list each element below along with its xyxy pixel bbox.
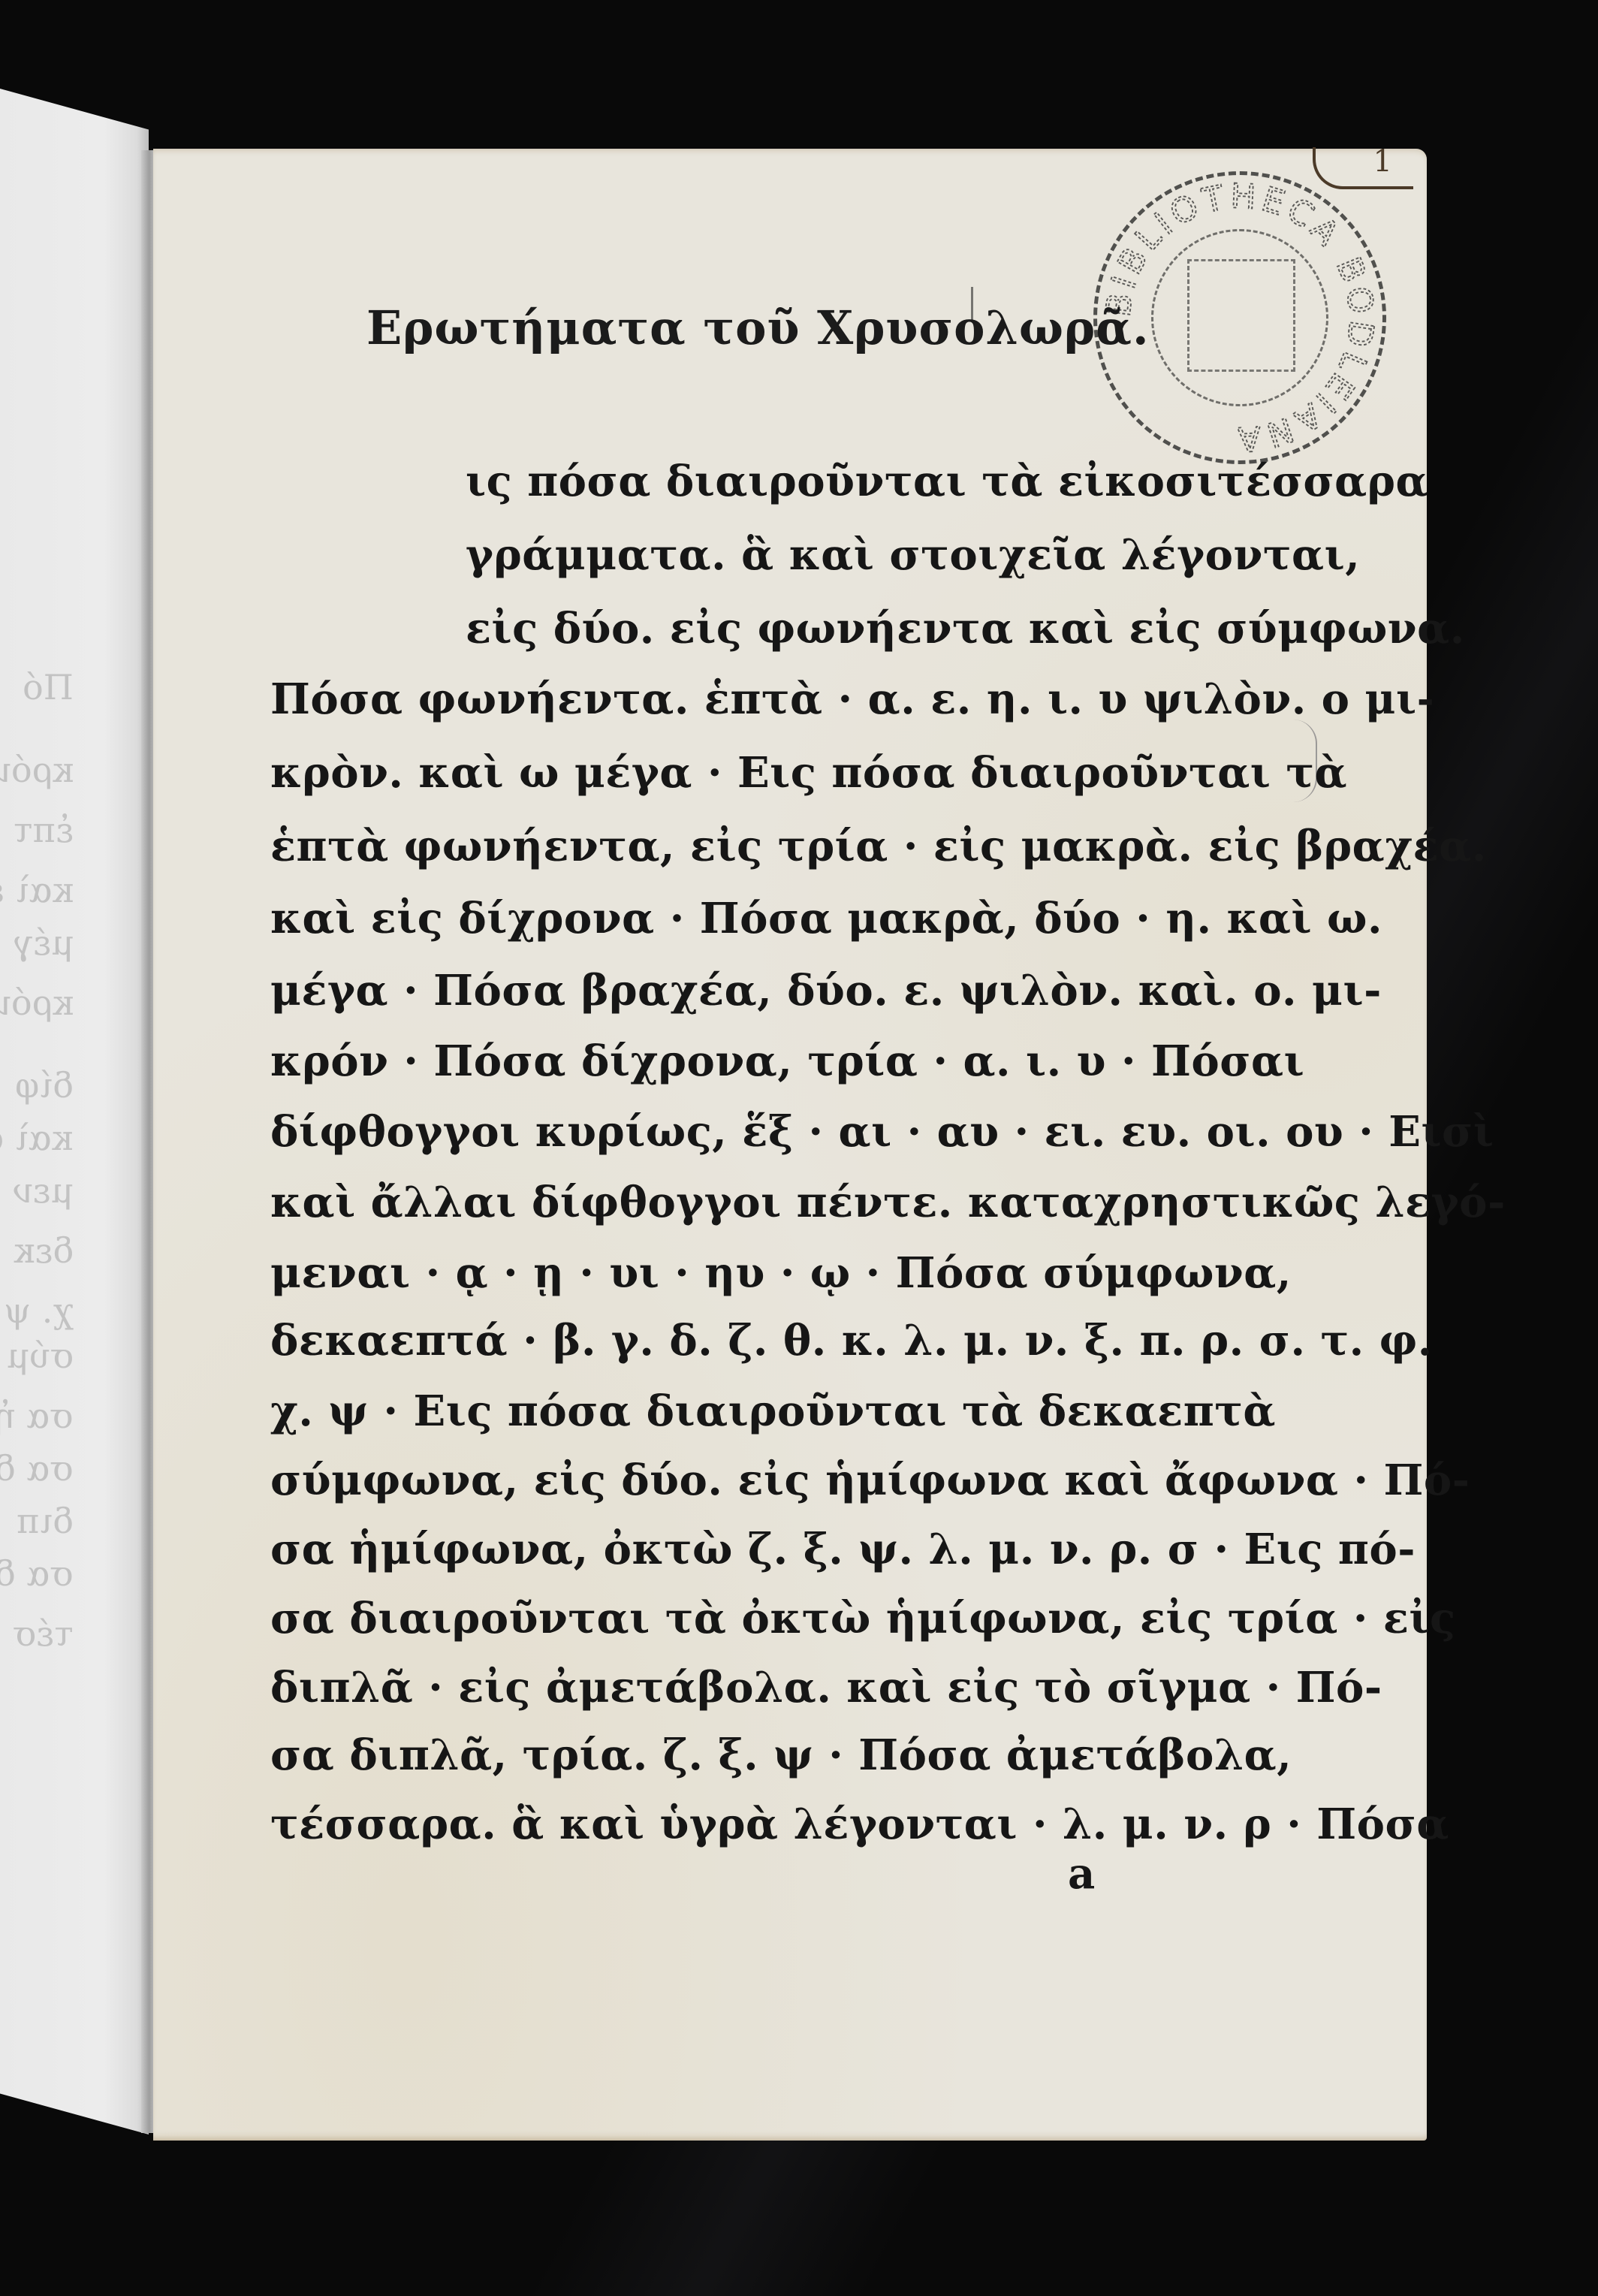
show-through-line: κρόν xyxy=(0,750,74,790)
text-line: κρὸν. καὶ ω μέγα · Εις πόσα διαιροῦνται … xyxy=(270,748,1347,798)
show-through-line: καὶ ε xyxy=(0,870,74,910)
text-line: διπλᾶ · εἰς ἀμετάβολα. καὶ εἰς τὸ σῖγμα … xyxy=(270,1663,1382,1712)
text-line: δίφθογγοι κυρίως, ἕξ · αι · αυ · ει. ευ.… xyxy=(270,1107,1494,1157)
text-line: ις πόσα διαιροῦνται τὰ εἰκοσιτέσσαρα xyxy=(466,457,1428,506)
text-line: κρόν · Πόσα δίχρονα, τρία · α. ι. υ · Πό… xyxy=(270,1036,1304,1086)
show-through-line: τέσ xyxy=(13,1613,74,1654)
show-through-line: δεκ xyxy=(14,1230,74,1271)
text-line: καὶ ἄλλαι δίφθογγοι πέντε. καταχρηστικῶς… xyxy=(270,1178,1506,1227)
show-through-line: διπ xyxy=(17,1501,74,1541)
text-line: σα διαιροῦνται τὰ ὀκτὼ ἡμίφωνα, εἰς τρία… xyxy=(270,1594,1456,1643)
text-line: ἑπτὰ φωνήεντα, εἰς τρία · εἰς μακρὰ. εἰς… xyxy=(270,822,1487,871)
stamp-shield-icon xyxy=(1187,259,1295,372)
text-line: εἰς δύο. εἰς φωνήεντα καὶ εἰς σύμφωνα. xyxy=(466,604,1465,653)
running-title: Ερωτήματα τοῦ Χρυσολωρᾶ. xyxy=(366,300,1150,355)
text-line: Πόσα φωνήεντα. ἑπτὰ · α. ε. η. ι. υ ψιλὸ… xyxy=(270,674,1434,724)
show-through-line: Πό xyxy=(23,667,74,708)
show-through-line: ἑπτ xyxy=(14,810,74,850)
text-line: σύμφωνα, εἰς δύο. εἰς ἡμίφωνα καὶ ἄφωνα … xyxy=(270,1456,1470,1505)
show-through-line: χ. ψ xyxy=(4,1290,74,1331)
text-line: σα διπλᾶ, τρία. ζ. ξ. ψ · Πόσα ἀμετάβολα… xyxy=(270,1730,1292,1780)
text-line: τέσσαρα. ἃ καὶ ὑγρὰ λέγονται · λ. μ. ν. … xyxy=(270,1800,1449,1849)
show-through-line: σα δ xyxy=(0,1448,74,1489)
show-through-line: δίφ xyxy=(15,1065,74,1106)
show-through-line: σα ἡ xyxy=(0,1395,74,1436)
folio-number: 1 xyxy=(1373,144,1392,179)
text-line: σα ἡμίφωνα, ὀκτὼ ζ. ξ. ψ. λ. μ. ν. ρ. σ … xyxy=(270,1525,1416,1574)
text-line: γράμματα. ἃ καὶ στοιχεῖα λέγονται, xyxy=(466,530,1360,580)
show-through-line: μεν xyxy=(12,1170,74,1211)
signature-mark: a xyxy=(1068,1849,1095,1899)
show-through-line: κρόν xyxy=(0,982,74,1023)
text-line: καὶ εἰς δίχρονα · Πόσα μακρὰ, δύο · η. κ… xyxy=(270,894,1382,943)
show-through-line: μέγ xyxy=(13,922,74,963)
show-through-line: καὶ ἄ xyxy=(0,1118,74,1158)
show-through-line: σύμ xyxy=(7,1335,74,1376)
text-line: μέγα · Πόσα βραχέα, δύο. ε. ψιλὸν. καὶ. … xyxy=(270,966,1382,1015)
text-line: χ. ψ · Εις πόσα διαιροῦνται τὰ δεκαεπτὰ xyxy=(270,1386,1276,1436)
facing-page: Πό κρόν ἑπτ καὶ ε μέγ κρόν δίφ καὶ ἄ μεν… xyxy=(0,89,149,2135)
text-line: μεναι · ᾳ · ῃ · υι · ηυ · ῳ · Πόσα σύμφω… xyxy=(270,1248,1292,1298)
text-line: δεκαεπτά · β. γ. δ. ζ. θ. κ. λ. μ. ν. ξ.… xyxy=(270,1316,1433,1365)
show-through-line: σα δ xyxy=(0,1553,74,1594)
